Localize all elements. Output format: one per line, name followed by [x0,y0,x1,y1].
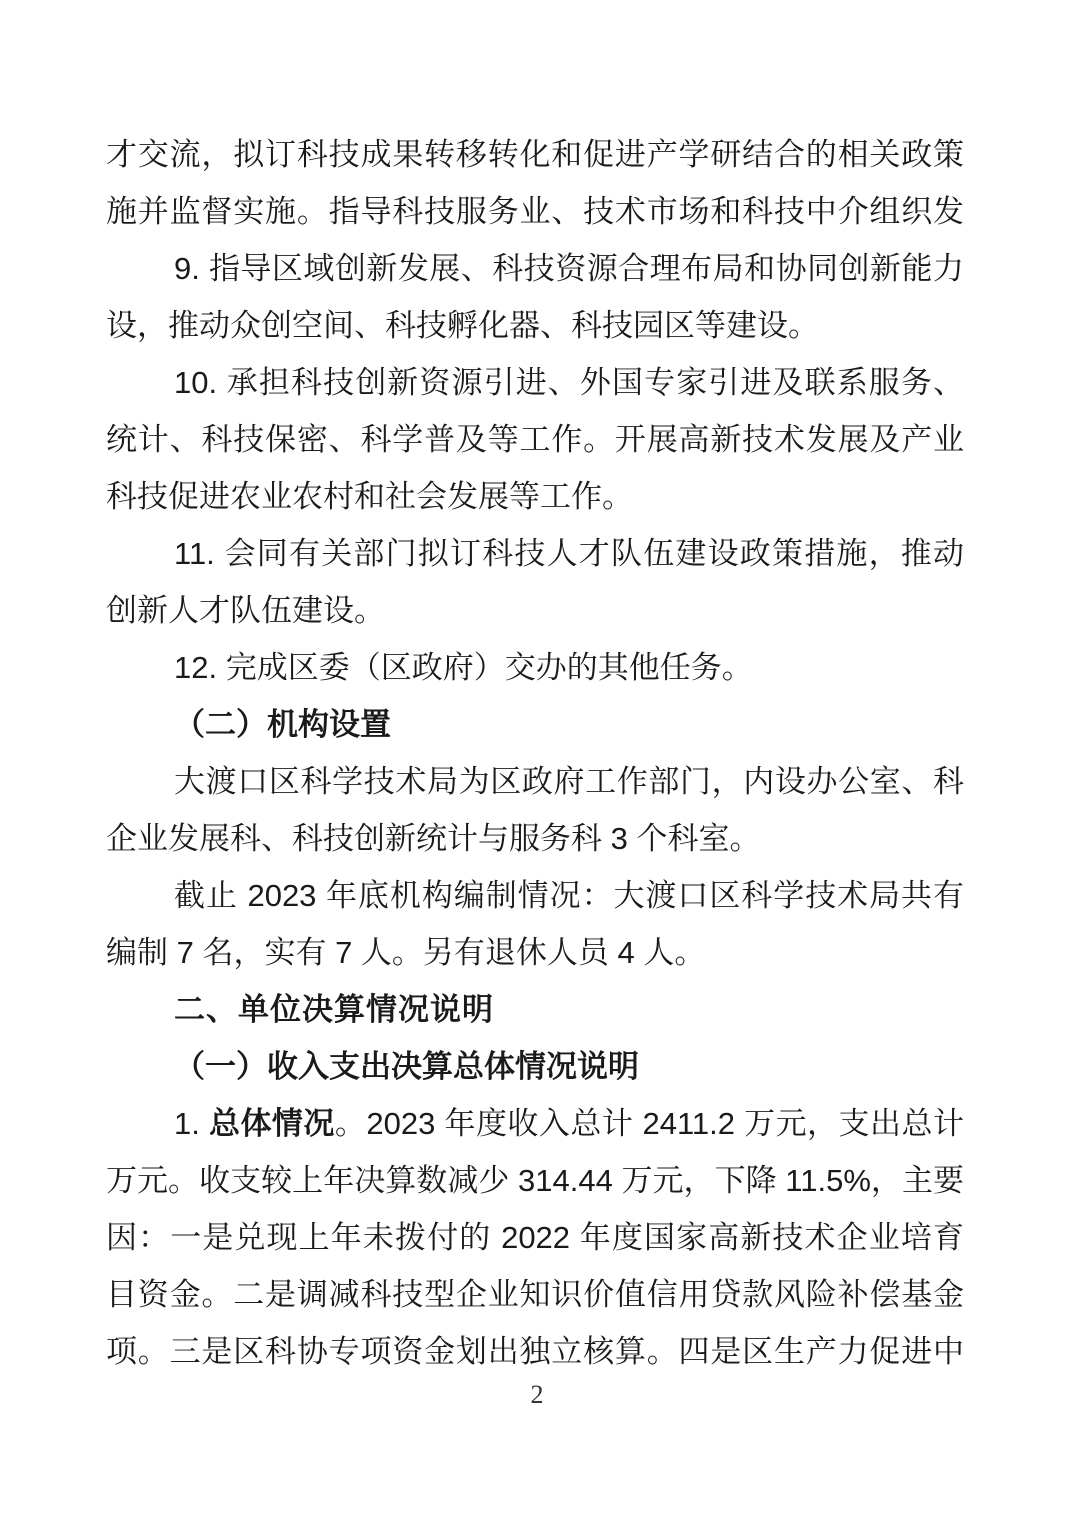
text-segment: 创新人才队伍建设。 [106,593,385,628]
text-segment: 12. 完成区委（区政府）交办的其他任务。 [174,650,753,685]
text-segment: 11. 会同有关部门拟订科技人才队伍建设政策措施，推动科技 [106,536,964,582]
text-line: 大渡口区科学技术局为区政府工作部门，内设办公室、科技 [106,753,964,810]
text-segment: 项。三是区科协专项资金划出独立核算。四是区生产力促进中心 [106,1334,964,1380]
text-segment: （二）机构设置 [174,707,391,742]
text-line: 11. 会同有关部门拟订科技人才队伍建设政策措施，推动科技 [106,525,964,582]
text-segment: 目资金。二是调减科技型企业知识价值信用贷款风险补偿基金专 [106,1277,964,1323]
text-segment: 万元。收支较上年决算数减少 314.44 万元，下降 11.5%，主要原 [106,1163,964,1209]
text-segment: 企业发展科、科技创新统计与服务科 3 个科室。 [106,821,760,856]
text-line: 才交流，拟订科技成果转移转化和促进产学研结合的相关政策措 [106,126,964,183]
text-line: （一）收入支出决算总体情况说明 [106,1038,964,1095]
text-line: 二、单位决算情况说明 [106,981,964,1038]
text-line: 目资金。二是调减科技型企业知识价值信用贷款风险补偿基金专 [106,1266,964,1323]
text-line: 统计、科技保密、科学普及等工作。开展高新技术发展及产业化、 [106,411,964,468]
text-line: 施并监督实施。指导科技服务业、技术市场和科技中介组织发展。 [106,183,964,240]
text-segment: 截止 2023 年底机构编制情况：大渡口区科学技术局共有行政 [106,878,964,924]
text-line: 设，推动众创空间、科技孵化器、科技园区等建设。 [106,297,964,354]
text-line: 1. 总体情况。2023 年度收入总计 2411.2 万元，支出总计 2411.… [106,1095,964,1152]
document-page: 才交流，拟订科技成果转移转化和促进产学研结合的相关政策措施并监督实施。指导科技服… [0,0,1074,1520]
text-segment: 设，推动众创空间、科技孵化器、科技园区等建设。 [106,308,819,343]
text-line: 截止 2023 年底机构编制情况：大渡口区科学技术局共有行政 [106,867,964,924]
text-segment: 总体情况 [209,1106,335,1141]
text-line: 企业发展科、科技创新统计与服务科 3 个科室。 [106,810,964,867]
text-segment: 编制 7 名，实有 7 人。另有退休人员 4 人。 [106,935,705,970]
page-number: 2 [0,1380,1074,1410]
text-line: 因：一是兑现上年未拨付的 2022 年度国家高新技术企业培育等项 [106,1209,964,1266]
text-line: 10. 承担科技创新资源引进、外国专家引进及联系服务、科技 [106,354,964,411]
text-line: 科技促进农业农村和社会发展等工作。 [106,468,964,525]
text-segment: 科技促进农业农村和社会发展等工作。 [106,479,633,514]
text-segment: 1. [174,1106,209,1141]
text-line: （二）机构设置 [106,696,964,753]
text-line: 项。三是区科协专项资金划出独立核算。四是区生产力促进中心 [106,1323,964,1380]
text-segment: （一）收入支出决算总体情况说明 [174,1049,639,1084]
text-segment: 施并监督实施。指导科技服务业、技术市场和科技中介组织发展。 [106,194,964,240]
text-line: 创新人才队伍建设。 [106,582,964,639]
text-segment: 统计、科技保密、科学普及等工作。开展高新技术发展及产业化、 [106,422,964,468]
text-line: 9. 指导区域创新发展、科技资源合理布局和协同创新能力建 [106,240,964,297]
text-line: 12. 完成区委（区政府）交办的其他任务。 [106,639,964,696]
text-segment: 10. 承担科技创新资源引进、外国专家引进及联系服务、科技 [106,365,964,411]
text-segment: 大渡口区科学技术局为区政府工作部门，内设办公室、科技 [106,764,964,810]
text-line: 万元。收支较上年决算数减少 314.44 万元，下降 11.5%，主要原 [106,1152,964,1209]
text-segment: 因：一是兑现上年未拨付的 2022 年度国家高新技术企业培育等项 [106,1220,964,1266]
text-segment: 才交流，拟订科技成果转移转化和促进产学研结合的相关政策措 [106,137,964,183]
document-text-block: 才交流，拟订科技成果转移转化和促进产学研结合的相关政策措施并监督实施。指导科技服… [106,126,964,1380]
text-segment: 9. 指导区域创新发展、科技资源合理布局和协同创新能力建 [106,251,964,297]
text-line: 编制 7 名，实有 7 人。另有退休人员 4 人。 [106,924,964,981]
text-segment: 二、单位决算情况说明 [174,992,494,1027]
